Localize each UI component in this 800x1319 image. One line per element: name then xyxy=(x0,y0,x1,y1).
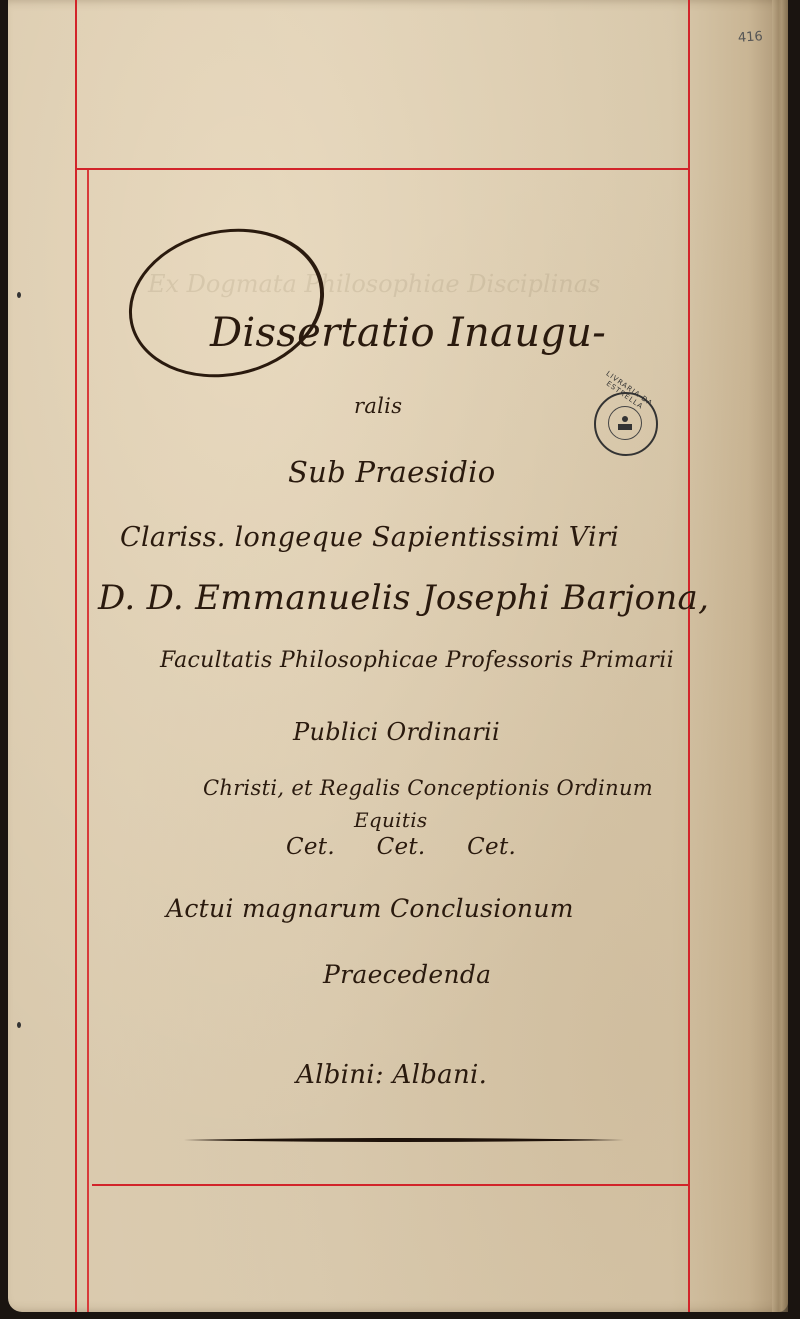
line-clariss: Clariss. longeque Sapientissimi Viri xyxy=(120,522,619,553)
manuscript-page: 416 Ex Dogmata Philosophiae Disciplinas … xyxy=(8,0,788,1312)
manuscript-title: Dissertatio Inaugu- xyxy=(158,310,606,356)
line-christi: Christi, et Regalis Conceptionis Ordinum xyxy=(203,776,653,800)
margin-rule-right xyxy=(688,0,690,1312)
margin-rule-inner xyxy=(87,168,89,1312)
stamp-emblem-icon xyxy=(608,406,642,440)
line-president-name: D. D. Emmanuelis Josephi Barjona, xyxy=(98,578,709,618)
page-edge xyxy=(772,0,788,1312)
line-equitis: Equitis xyxy=(354,808,427,832)
margin-rule-left xyxy=(75,0,77,1312)
line-publici: Publici Ordinarii xyxy=(293,718,500,746)
line-praecedenda: Praecedenda xyxy=(323,960,491,989)
line-sub-praesidio: Sub Praesidio xyxy=(288,455,496,489)
line-ralis: ralis xyxy=(354,394,402,418)
margin-rule-bottom xyxy=(92,1184,690,1186)
folio-number: 416 xyxy=(738,29,764,46)
binding-hole xyxy=(17,1022,21,1028)
line-albini: Albini: Albani. xyxy=(296,1060,487,1090)
closing-flourish-icon xyxy=(184,1137,624,1143)
line-facultatis: Facultatis Philosophicae Professoris Pri… xyxy=(160,648,674,673)
library-stamp-icon: LIVRARIA DA ESTRELLA xyxy=(594,392,658,456)
line-actui: Actui magnarum Conclusionum xyxy=(166,894,574,923)
decorative-initial-icon xyxy=(115,211,338,395)
margin-rule-top xyxy=(76,168,690,170)
binding-hole xyxy=(17,292,21,298)
line-cet: Cet. Cet. Cet. xyxy=(286,834,516,860)
